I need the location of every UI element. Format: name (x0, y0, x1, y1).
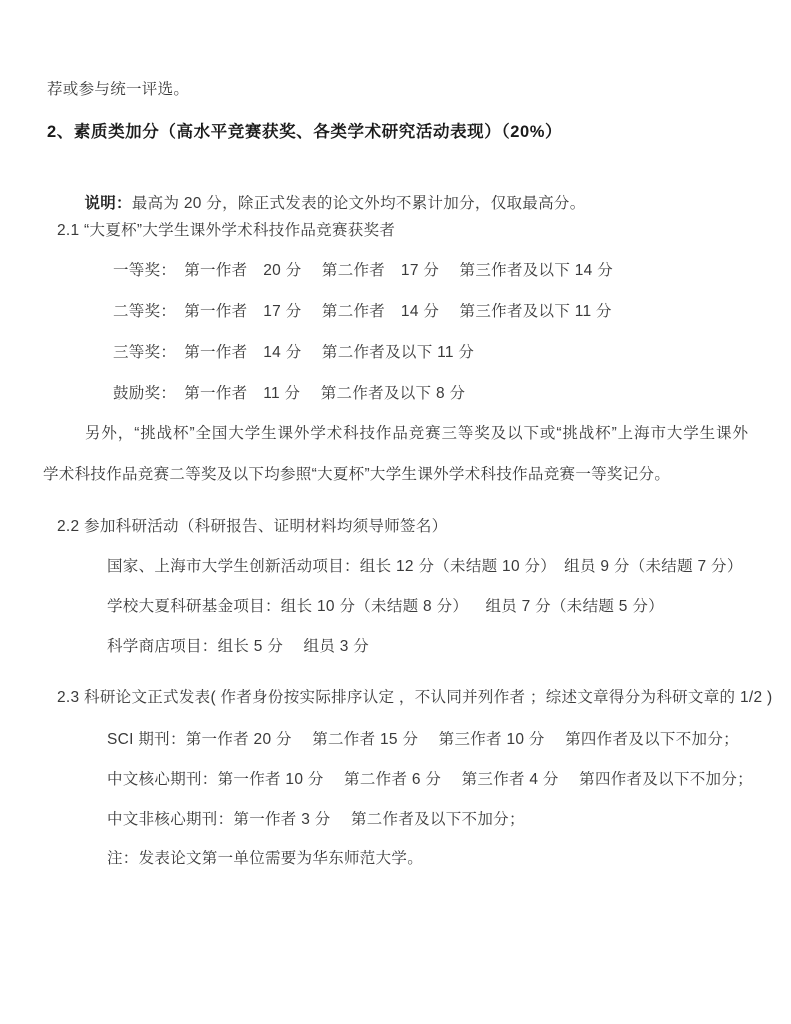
research-item-national-shanghai: 国家、上海市大学生创新活动项目：组长 12 分（未结题 10 分） 组员 9 分… (107, 556, 743, 577)
section-2-heading: 2、素质类加分（高水平竞赛获奖、各类学术研究活动表现）（20%） (47, 122, 562, 143)
note-label: 说明： (84, 195, 131, 212)
award-line-first-prize: 一等奖： 第一作者 20 分 第二作者 17 分 第三作者及以下 14 分 (113, 260, 613, 281)
research-item-science-shop: 科学商店项目：组长 5 分 组员 3 分 (107, 636, 369, 657)
award-line-second-prize: 二等奖： 第一作者 17 分 第二作者 14 分 第三作者及以下 11 分 (113, 301, 612, 322)
subsection-2-2-title: 2.2 参加科研活动（科研报告、证明材料均须导师签名） (57, 516, 447, 537)
document-page: 荐或参与统一评选。 2、素质类加分（高水平竞赛获奖、各类学术研究活动表现）（20… (0, 0, 791, 1024)
subsection-2-1-title: 2.1 “大夏杯”大学生课外学术科技作品竞赛获奖者 (57, 220, 395, 241)
paper-item-sci-journal: SCI 期刊：第一作者 20 分 第二作者 15 分 第三作者 10 分 第四作… (107, 729, 739, 750)
challenge-cup-note-line-2: 学术科技作品竞赛二等奖及以下均参照“大夏杯”大学生课外学术科技作品竞赛一等奖记分… (43, 464, 670, 485)
note-text: 最高为 20 分，除正式发表的论文外均不累计加分，仅取最高分。 (132, 195, 586, 212)
award-line-third-prize: 三等奖： 第一作者 14 分 第二作者及以下 11 分 (113, 342, 474, 363)
paper-item-affiliation-note: 注：发表论文第一单位需要为华东师范大学。 (107, 848, 423, 869)
award-line-encouragement-prize: 鼓励奖： 第一作者 11 分 第二作者及以下 8 分 (113, 383, 465, 404)
paper-item-chinese-noncore-journal: 中文非核心期刊：第一作者 3 分 第二作者及以下不加分； (107, 809, 525, 830)
subsection-2-3-title: 2.3 科研论文正式发表( 作者身份按实际排序认定 ，不认同并列作者 ；综述文章… (57, 687, 772, 708)
challenge-cup-note-line-1: 另外，“挑战杯”全国大学生课外学术科技作品竞赛三等奖及以下或“挑战杯”上海市大学… (85, 423, 749, 444)
continuation-text: 荐或参与统一评选。 (47, 79, 189, 100)
paper-item-chinese-core-journal: 中文核心期刊：第一作者 10 分 第二作者 6 分 第三作者 4 分 第四作者及… (107, 769, 753, 790)
research-item-daxia-fund: 学校大夏科研基金项目：组长 10 分（未结题 8 分） 组员 7 分（未结题 5… (107, 596, 664, 617)
